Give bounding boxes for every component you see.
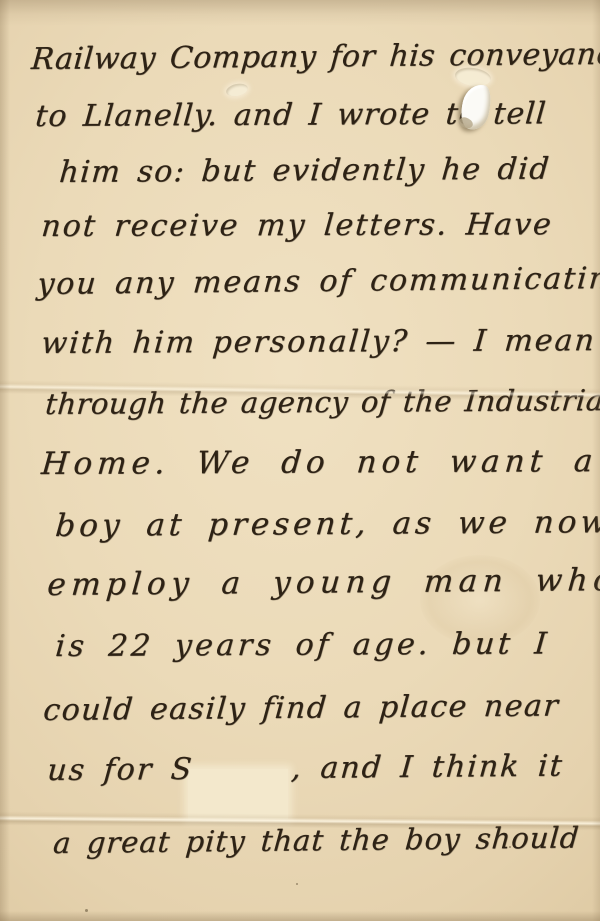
letter-page: Railway Company for his conveyance to Ll… xyxy=(0,0,600,921)
handwriting-line-12: could easily find a place near xyxy=(42,689,561,728)
erased-name-patch xyxy=(188,769,288,819)
handwriting-line-1: Railway Company for his conveyance xyxy=(30,37,600,77)
handwriting-line-6: with him personally? — I mean xyxy=(40,323,597,361)
ink-speck xyxy=(85,909,88,912)
handwriting-line-3: him so: but evidently he did xyxy=(58,152,552,190)
handwriting-line-14: a great pity that the boy should xyxy=(52,820,581,860)
paper-edge-left xyxy=(0,0,10,921)
ink-speck xyxy=(296,883,298,885)
handwriting-line-13-before: us for S xyxy=(46,752,195,788)
handwriting-line-7: through the agency of the Industrial xyxy=(44,383,600,421)
paper-dent xyxy=(225,82,249,98)
handwriting-line-11: is 22 years of age. but I xyxy=(54,626,551,664)
handwriting-line-8: Home. We do not want a xyxy=(40,443,599,482)
handwriting-line-2: to Llanelly. and I wrote to tell xyxy=(34,96,548,134)
paper-edge-bottom xyxy=(0,911,600,921)
paper-edge-top xyxy=(0,0,600,26)
handwriting-line-13-after: , and I think it xyxy=(290,749,565,786)
handwriting-line-9: boy at present, as we now xyxy=(54,504,600,544)
handwriting-line-4: not receive my letters. Have xyxy=(40,207,554,244)
handwriting-line-5: you any means of communicating xyxy=(36,261,600,302)
handwriting-line-10: employ a young man who xyxy=(46,562,600,603)
